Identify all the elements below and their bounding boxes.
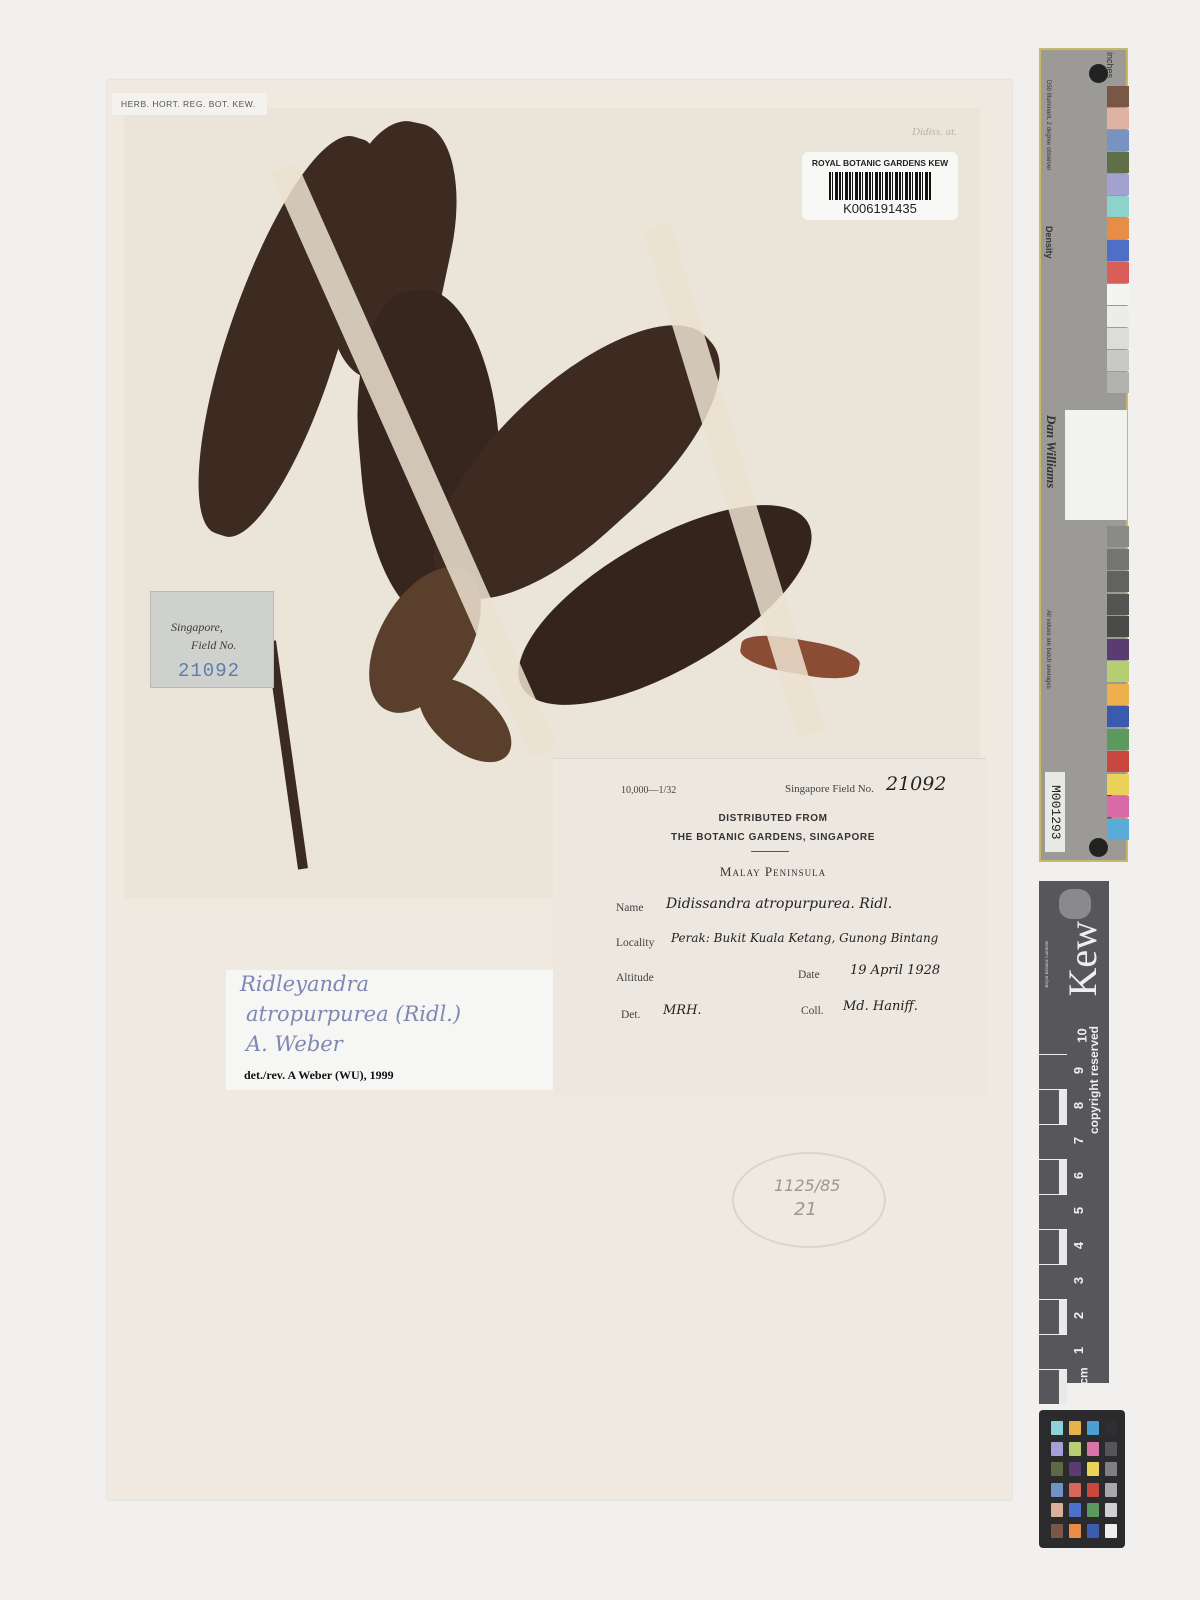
color-swatch bbox=[1107, 284, 1129, 305]
date-value: 19 April 1928 bbox=[850, 963, 940, 978]
checker-patch bbox=[1069, 1421, 1081, 1435]
cm-tick bbox=[1039, 1124, 1067, 1159]
institution-name: ROYAL BOTANIC GARDENS KEW bbox=[802, 158, 958, 168]
checker-patch bbox=[1051, 1462, 1063, 1476]
locality-value: Perak: Bukit Kuala Ketang, Gunong Bintan… bbox=[671, 931, 938, 945]
color-swatch bbox=[1107, 240, 1129, 261]
coll-label: Coll. bbox=[801, 1005, 824, 1017]
color-swatch bbox=[1107, 372, 1129, 393]
color-swatch bbox=[1107, 774, 1129, 795]
color-swatch bbox=[1107, 86, 1129, 107]
color-swatch bbox=[1107, 218, 1129, 239]
kew-subtitle: Royal Botanic Gardens bbox=[1045, 941, 1050, 988]
color-swatch bbox=[1107, 616, 1129, 637]
checker-patch bbox=[1105, 1442, 1117, 1456]
det-value: MRH. bbox=[663, 1003, 702, 1018]
ruler-top-unit: inches bbox=[1105, 52, 1115, 78]
det-label: Det. bbox=[621, 1009, 640, 1021]
field-no-value: 21092 bbox=[886, 773, 946, 795]
checker-patch bbox=[1087, 1442, 1099, 1456]
ruler-note-bottom: All values are batch averages bbox=[1045, 610, 1051, 689]
cm-tick bbox=[1039, 1054, 1067, 1089]
distributed-line2: THE BOTANIC GARDENS, SINGAPORE bbox=[553, 832, 993, 843]
checker-patch bbox=[1069, 1483, 1081, 1497]
cm-tick bbox=[1039, 1159, 1067, 1194]
ruler-note-top: D50 Illuminant, 2 degree observer bbox=[1045, 80, 1051, 170]
divider bbox=[751, 851, 789, 852]
checker-patch bbox=[1051, 1483, 1063, 1497]
color-swatch bbox=[1107, 262, 1129, 283]
checker-patch bbox=[1087, 1503, 1099, 1517]
color-swatch bbox=[1107, 306, 1129, 327]
color-swatch bbox=[1107, 571, 1129, 592]
checker-patch bbox=[1105, 1421, 1117, 1435]
color-swatch bbox=[1107, 108, 1129, 129]
barcode-icon bbox=[829, 172, 931, 200]
date-label: Date bbox=[798, 969, 820, 981]
density-label: Density bbox=[1044, 226, 1054, 259]
distributed-line1: DISTRIBUTED FROM bbox=[553, 813, 993, 824]
royal-crest-icon bbox=[1059, 889, 1091, 919]
color-swatch bbox=[1107, 549, 1129, 570]
color-swatch bbox=[1107, 639, 1129, 660]
color-swatch bbox=[1107, 661, 1129, 682]
det-printed: det./rev. A Weber (WU), 1999 bbox=[244, 1068, 394, 1083]
color-checker-card bbox=[1039, 1410, 1125, 1548]
checker-patch bbox=[1051, 1524, 1063, 1538]
cm-tick-label: 1 bbox=[1071, 1347, 1086, 1354]
color-swatch bbox=[1107, 130, 1129, 151]
det-hand-line3: A. Weber bbox=[246, 1032, 343, 1056]
cm-tick bbox=[1039, 1089, 1067, 1124]
cm-tick-label: 5 bbox=[1071, 1207, 1086, 1214]
field-tag-line2: Field No. bbox=[191, 638, 236, 653]
checker-patch bbox=[1069, 1462, 1081, 1476]
cm-tick bbox=[1039, 1299, 1067, 1334]
color-swatch bbox=[1107, 526, 1129, 547]
cm-tick-label: 3 bbox=[1071, 1277, 1086, 1284]
pencil-annotation: Didiss. at. bbox=[912, 126, 957, 138]
field-tag: Singapore, Field No. 21092 bbox=[150, 591, 274, 688]
cm-tick bbox=[1039, 1334, 1067, 1369]
locality-label: Locality bbox=[616, 937, 654, 949]
color-swatch bbox=[1107, 796, 1129, 817]
accession-line2: 21 bbox=[794, 1199, 817, 1220]
altitude-label: Altitude bbox=[616, 972, 654, 984]
ruler-hole bbox=[1089, 838, 1108, 857]
cm-tick-label: 2 bbox=[1071, 1312, 1086, 1319]
accession-line1: 1125/85 bbox=[774, 1176, 840, 1195]
checker-patch bbox=[1087, 1421, 1099, 1435]
cm-tick bbox=[1039, 1369, 1067, 1404]
checker-patch bbox=[1051, 1421, 1063, 1435]
checker-patch bbox=[1105, 1524, 1117, 1538]
coll-value: Md. Haniff. bbox=[843, 999, 918, 1014]
cm-tick-label: 9 bbox=[1071, 1067, 1086, 1074]
ruler-id: M001293 bbox=[1045, 772, 1065, 852]
checker-patch bbox=[1087, 1524, 1099, 1538]
checker-patch bbox=[1087, 1462, 1099, 1476]
name-value: Didissandra atropurpurea. Ridl. bbox=[666, 896, 892, 912]
accession-stamp: 1125/85 21 bbox=[732, 1152, 886, 1248]
checker-patch bbox=[1069, 1503, 1081, 1517]
color-swatch bbox=[1107, 684, 1129, 705]
herbarium-stamp: HERB. HORT. REG. BOT. KEW. bbox=[112, 93, 267, 115]
color-swatch bbox=[1107, 196, 1129, 217]
color-swatch bbox=[1107, 594, 1129, 615]
color-swatch bbox=[1107, 328, 1129, 349]
color-swatch bbox=[1107, 174, 1129, 195]
barcode-number: K006191435 bbox=[802, 201, 958, 216]
cm-tick-label: 10 bbox=[1075, 1028, 1090, 1042]
kew-scale-bar: Royal Botanic Gardens Kew copyright rese… bbox=[1039, 881, 1109, 1383]
cm-tick-label: 8 bbox=[1071, 1102, 1086, 1109]
region: Malay Peninsula bbox=[553, 864, 993, 880]
color-calibration-ruler: inches D50 Illuminant, 2 degree observer… bbox=[1039, 48, 1128, 862]
det-hand-line1: Ridleyandra bbox=[240, 972, 369, 996]
cm-tick bbox=[1039, 1194, 1067, 1229]
color-swatch bbox=[1107, 819, 1129, 840]
cm-tick-label: 7 bbox=[1071, 1137, 1086, 1144]
color-swatch bbox=[1107, 706, 1129, 727]
name-label: Name bbox=[616, 902, 643, 914]
checker-patch bbox=[1105, 1462, 1117, 1476]
color-swatch bbox=[1107, 751, 1129, 772]
print-code: 10,000—1/32 bbox=[621, 785, 676, 796]
checker-patch bbox=[1105, 1483, 1117, 1497]
ruler-brand: Dan Williams bbox=[1043, 415, 1059, 488]
cm-tick bbox=[1039, 1229, 1067, 1264]
checker-patch bbox=[1105, 1503, 1117, 1517]
field-tag-number: 21092 bbox=[178, 660, 240, 682]
checker-patch bbox=[1069, 1524, 1081, 1538]
det-hand-line2: atropurpurea (Ridl.) bbox=[246, 1002, 461, 1026]
cm-tick-label: 4 bbox=[1071, 1242, 1086, 1249]
gray-target bbox=[1065, 410, 1127, 520]
scale-unit: cm bbox=[1077, 1367, 1091, 1384]
barcode-label: ROYAL BOTANIC GARDENS KEW K006191435 bbox=[802, 152, 958, 220]
checker-patch bbox=[1051, 1442, 1063, 1456]
collection-label: 10,000—1/32 Singapore Field No. 21092 DI… bbox=[553, 758, 986, 1097]
checker-patch bbox=[1069, 1442, 1081, 1456]
color-swatch bbox=[1107, 350, 1129, 371]
determination-slip: Ridleyandra atropurpurea (Ridl.) A. Webe… bbox=[226, 970, 553, 1090]
checker-patch bbox=[1087, 1483, 1099, 1497]
kew-logo: Kew bbox=[1059, 921, 1106, 997]
color-swatch bbox=[1107, 152, 1129, 173]
color-swatch bbox=[1107, 729, 1129, 750]
field-tag-line1: Singapore, bbox=[171, 620, 223, 635]
cm-tick-label: 6 bbox=[1071, 1172, 1086, 1179]
cm-tick bbox=[1039, 1264, 1067, 1299]
checker-patch bbox=[1051, 1503, 1063, 1517]
field-no-label: Singapore Field No. bbox=[785, 783, 874, 795]
